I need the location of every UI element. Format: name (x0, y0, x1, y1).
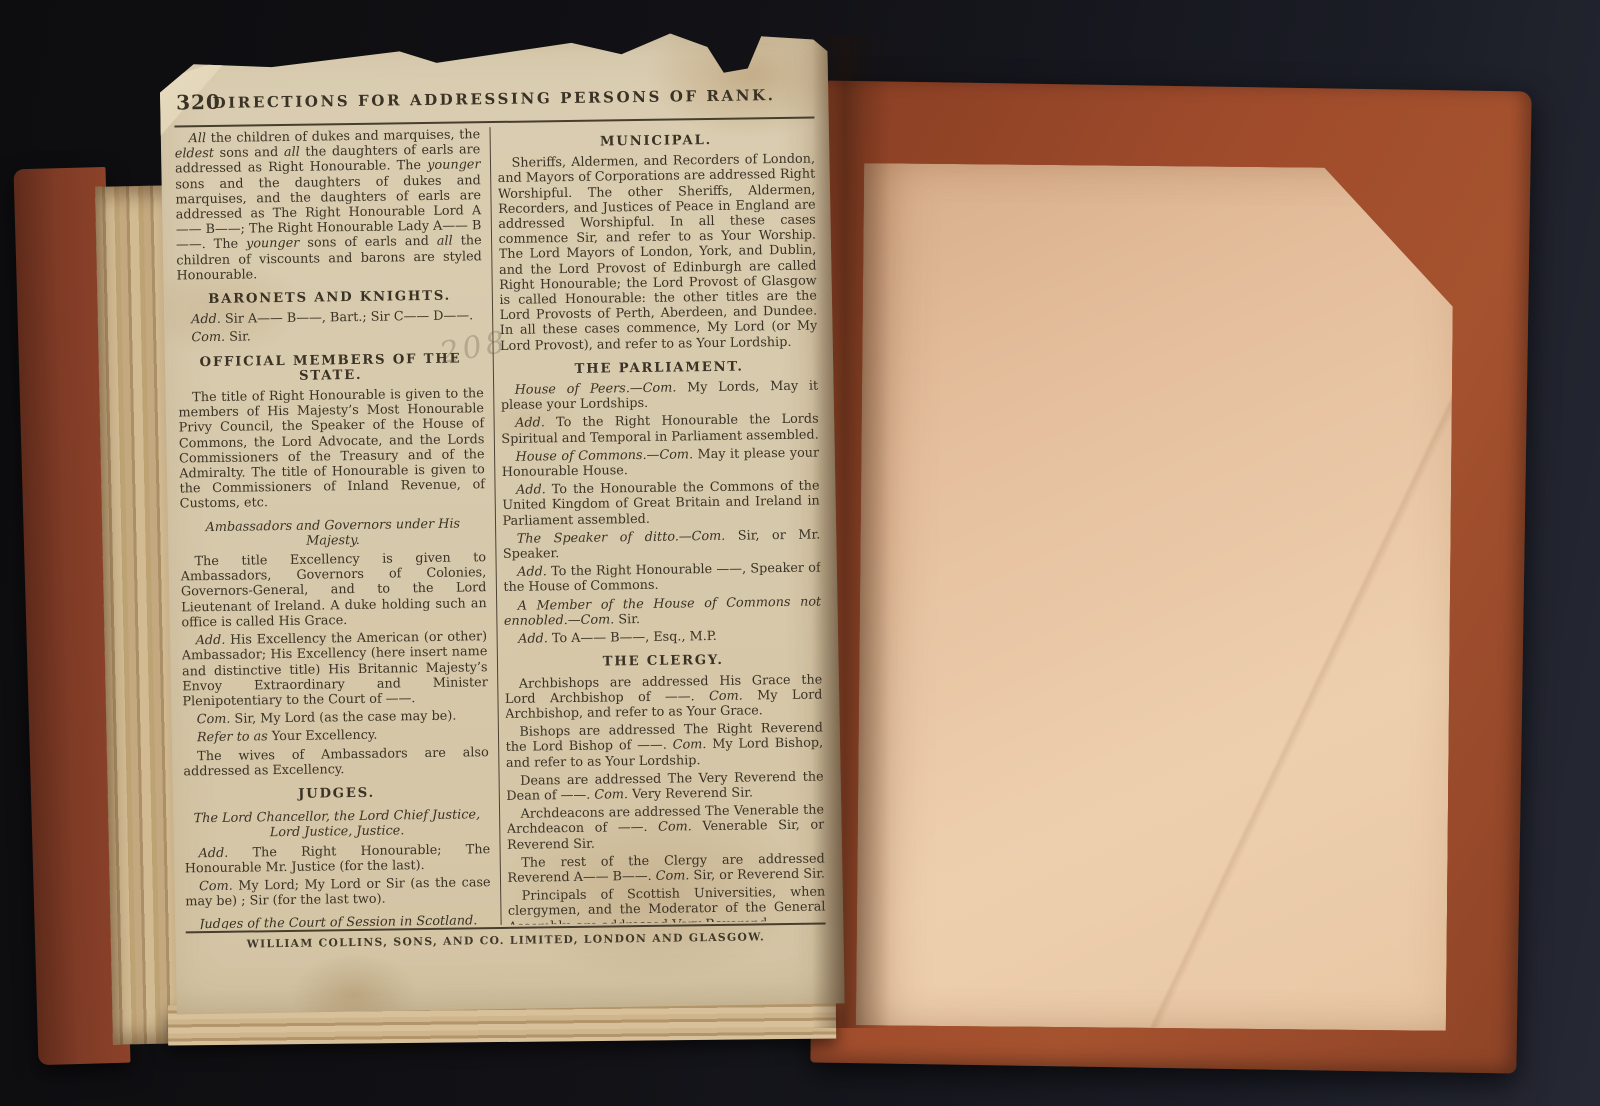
printer-imprint: WILLIAM COLLINS, SONS, AND CO. LIMITED, … (186, 924, 826, 951)
paragraph: A Member of the House of Commons not enn… (504, 594, 822, 629)
running-title: DIRECTIONS FOR ADDRESSING PERSONS OF RAN… (174, 82, 814, 113)
italic-subheading: Ambassadors and Governors under His Maje… (180, 516, 486, 551)
page-number: 320 (176, 90, 221, 115)
photo-background: 320 DIRECTIONS FOR ADDRESSING PERSONS OF… (0, 0, 1600, 1106)
paragraph: Add. To the Honourable the Commons of th… (502, 479, 820, 529)
paragraph: Add. To A—— B——, Esq., M.P. (504, 628, 822, 648)
paragraph: Deans are addressed The Very Reverend th… (506, 769, 824, 804)
paragraph: Add. To the Right Honourable ——, Speaker… (503, 561, 821, 596)
paragraph: Add. Sir A—— B——, Bart.; Sir C—— D——. (177, 308, 483, 327)
section-heading: MUNICIPAL. (497, 132, 815, 152)
paragraph: The Speaker of ditto.—Com. Sir, or Mr. S… (503, 527, 821, 562)
paragraph: Add. To the Right Honourable the Lords S… (501, 412, 819, 447)
right-column: MUNICIPAL.Sheriffs, Aldermen, and Record… (497, 123, 826, 925)
paragraph: Principals of Scottish Universities, whe… (508, 885, 826, 925)
page-header: 320 DIRECTIONS FOR ADDRESSING PERSONS OF… (174, 82, 814, 121)
section-heading: THE PARLIAMENT. (500, 358, 818, 378)
section-heading: JUDGES. (184, 784, 490, 803)
paragraph: Add. The Right Honourable; The Honourabl… (185, 842, 491, 877)
section-heading: BARONETS AND KNIGHTS. (177, 288, 483, 307)
paragraph: Com. My Lord; My Lord or Sir (as the cas… (185, 875, 491, 910)
paragraph: Archbishops are addressed His Grace the … (505, 672, 823, 722)
paragraph: Add. His Excellency the American (or oth… (182, 629, 489, 709)
paragraph: Sheriffs, Aldermen, and Recorders of Lon… (497, 152, 817, 354)
paragraph: The wives of Ambassadors are also addres… (183, 745, 489, 780)
section-heading: OFFICIAL MEMBERS OF THE STATE. (178, 351, 484, 386)
paragraph: The rest of the Clergy are addressed Rev… (507, 851, 825, 886)
paragraph: The title of Right Honourable is given t… (178, 386, 485, 512)
paragraph: Com. Sir, My Lord (as the case may be). (183, 708, 489, 727)
paragraph: House of Peers.—Com. My Lords, May it pl… (501, 379, 819, 414)
paragraph: Bishops are addressed The Right Reverend… (505, 721, 823, 771)
paragraph: All the children of dukes and marquises,… (175, 127, 483, 283)
section-heading: THE CLERGY. (504, 652, 822, 672)
text-columns: All the children of dukes and marquises,… (175, 123, 826, 930)
paragraph: House of Commons.—Com. May it please you… (502, 445, 820, 480)
paragraph: Archdeacons are addressed The Venerable … (507, 803, 825, 853)
left-column: All the children of dukes and marquises,… (175, 127, 492, 929)
italic-subheading: The Lord Chancellor, the Lord Chief Just… (184, 807, 490, 842)
paragraph: The title Excellency is given to Ambassa… (180, 550, 487, 630)
blank-endpaper-page (856, 163, 1454, 1031)
printed-book-page: 320 DIRECTIONS FOR ADDRESSING PERSONS OF… (149, 25, 847, 1016)
paragraph: Refer to as Your Excellency. (183, 726, 489, 745)
